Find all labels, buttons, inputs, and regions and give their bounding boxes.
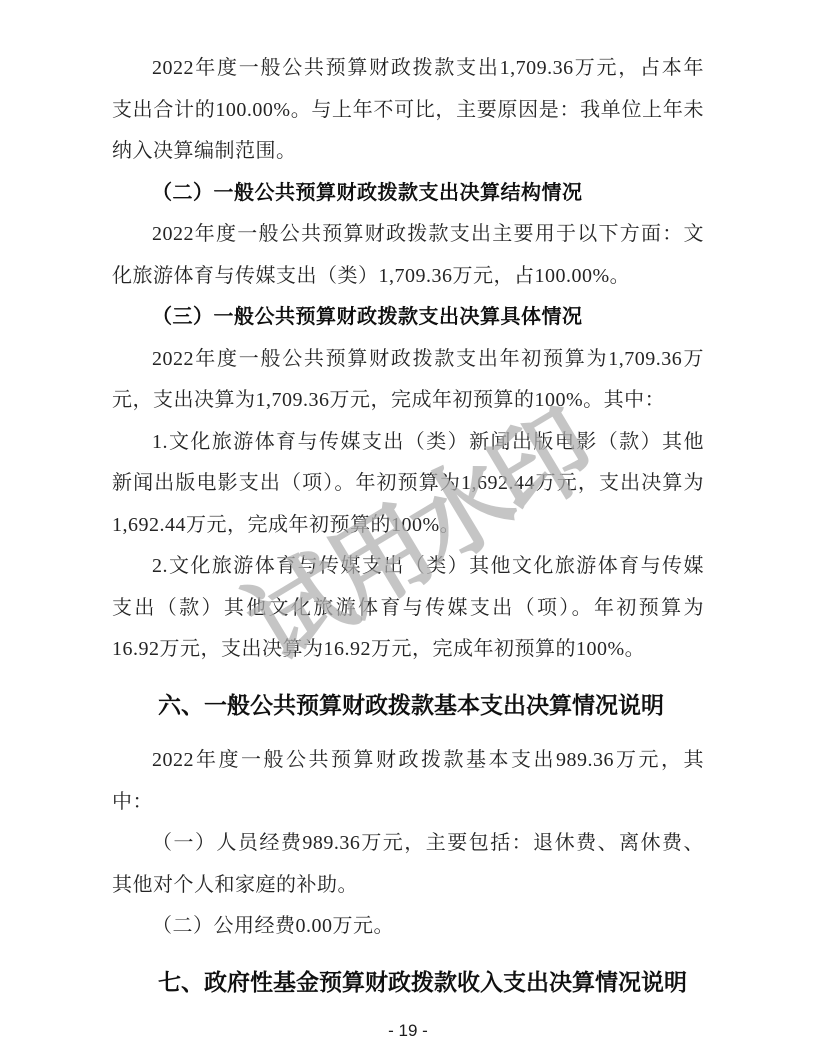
paragraph: 2022年度一般公共预算财政拨款支出1,709.36万元，占本年支出合计的100… [112, 48, 704, 173]
text-line: 2.文化旅游体育与传媒支出（类）其他文化旅游体育与传媒 [112, 546, 704, 588]
paragraph: 2022年度一般公共预算财政拨款支出年初预算为1,709.36万元，支出决算为1… [112, 339, 704, 422]
text-line: 中： [112, 782, 704, 824]
text-line: 纳入决算编制范围。 [112, 131, 704, 173]
text-line: （三）一般公共预算财政拨款支出决算具体情况 [112, 297, 704, 339]
text-line: 化旅游体育与传媒支出（类）1,709.36万元，占100.00%。 [112, 256, 704, 298]
paragraph: 2.文化旅游体育与传媒支出（类）其他文化旅游体育与传媒支出（款）其他文化旅游体育… [112, 546, 704, 671]
section-heading: 七、政府性基金预算财政拨款收入支出决算情况说明 [112, 962, 704, 1004]
text-line: 2022年度一般公共预算财政拨款基本支出989.36万元，其 [112, 740, 704, 782]
content: 2022年度一般公共预算财政拨款支出1,709.36万元，占本年支出合计的100… [112, 48, 704, 1017]
text-line: （一）人员经费989.36万元，主要包括：退休费、离休费、 [112, 823, 704, 865]
text-line: 元，支出决算为1,709.36万元，完成年初预算的100%。其中： [112, 380, 704, 422]
text-line: 支出（款）其他文化旅游体育与传媒支出（项）。年初预算为 [112, 588, 704, 630]
page-number: - 19 - [0, 1010, 816, 1051]
section-heading: （三）一般公共预算财政拨款支出决算具体情况 [112, 297, 704, 339]
section-heading: 六、一般公共预算财政拨款基本支出决算情况说明 [112, 685, 704, 727]
text-line: （二）公用经费0.00万元。 [112, 906, 704, 948]
text-line: 六、一般公共预算财政拨款基本支出决算情况说明 [112, 685, 704, 727]
text-line: 1,692.44万元，完成年初预算的100%。 [112, 505, 704, 547]
paragraph: 2022年度一般公共预算财政拨款支出主要用于以下方面：文化旅游体育与传媒支出（类… [112, 214, 704, 297]
paragraph: 2022年度一般公共预算财政拨款基本支出989.36万元，其中： [112, 740, 704, 823]
paragraph: （二）公用经费0.00万元。 [112, 906, 704, 948]
text-line: 新闻出版电影支出（项）。年初预算为1,692.44万元，支出决算为 [112, 463, 704, 505]
text-line: 七、政府性基金预算财政拨款收入支出决算情况说明 [112, 962, 704, 1004]
text-line: 支出合计的100.00%。与上年不可比，主要原因是：我单位上年未 [112, 90, 704, 132]
paragraph: 1.文化旅游体育与传媒支出（类）新闻出版电影（款）其他新闻出版电影支出（项）。年… [112, 422, 704, 547]
text-line: 16.92万元，支出决算为16.92万元，完成年初预算的100%。 [112, 629, 704, 671]
text-line: 2022年度一般公共预算财政拨款支出年初预算为1,709.36万 [112, 339, 704, 381]
text-line: 1.文化旅游体育与传媒支出（类）新闻出版电影（款）其他 [112, 422, 704, 464]
paragraph: （一）人员经费989.36万元，主要包括：退休费、离休费、其他对个人和家庭的补助… [112, 823, 704, 906]
text-line: （二）一般公共预算财政拨款支出决算结构情况 [112, 173, 704, 215]
text-line: 2022年度一般公共预算财政拨款支出1,709.36万元，占本年 [112, 48, 704, 90]
text-line: 2022年度一般公共预算财政拨款支出主要用于以下方面：文 [112, 214, 704, 256]
text-line: 其他对个人和家庭的补助。 [112, 865, 704, 907]
document-page: 2022年度一般公共预算财政拨款支出1,709.36万元，占本年支出合计的100… [0, 0, 816, 1056]
section-heading: （二）一般公共预算财政拨款支出决算结构情况 [112, 173, 704, 215]
